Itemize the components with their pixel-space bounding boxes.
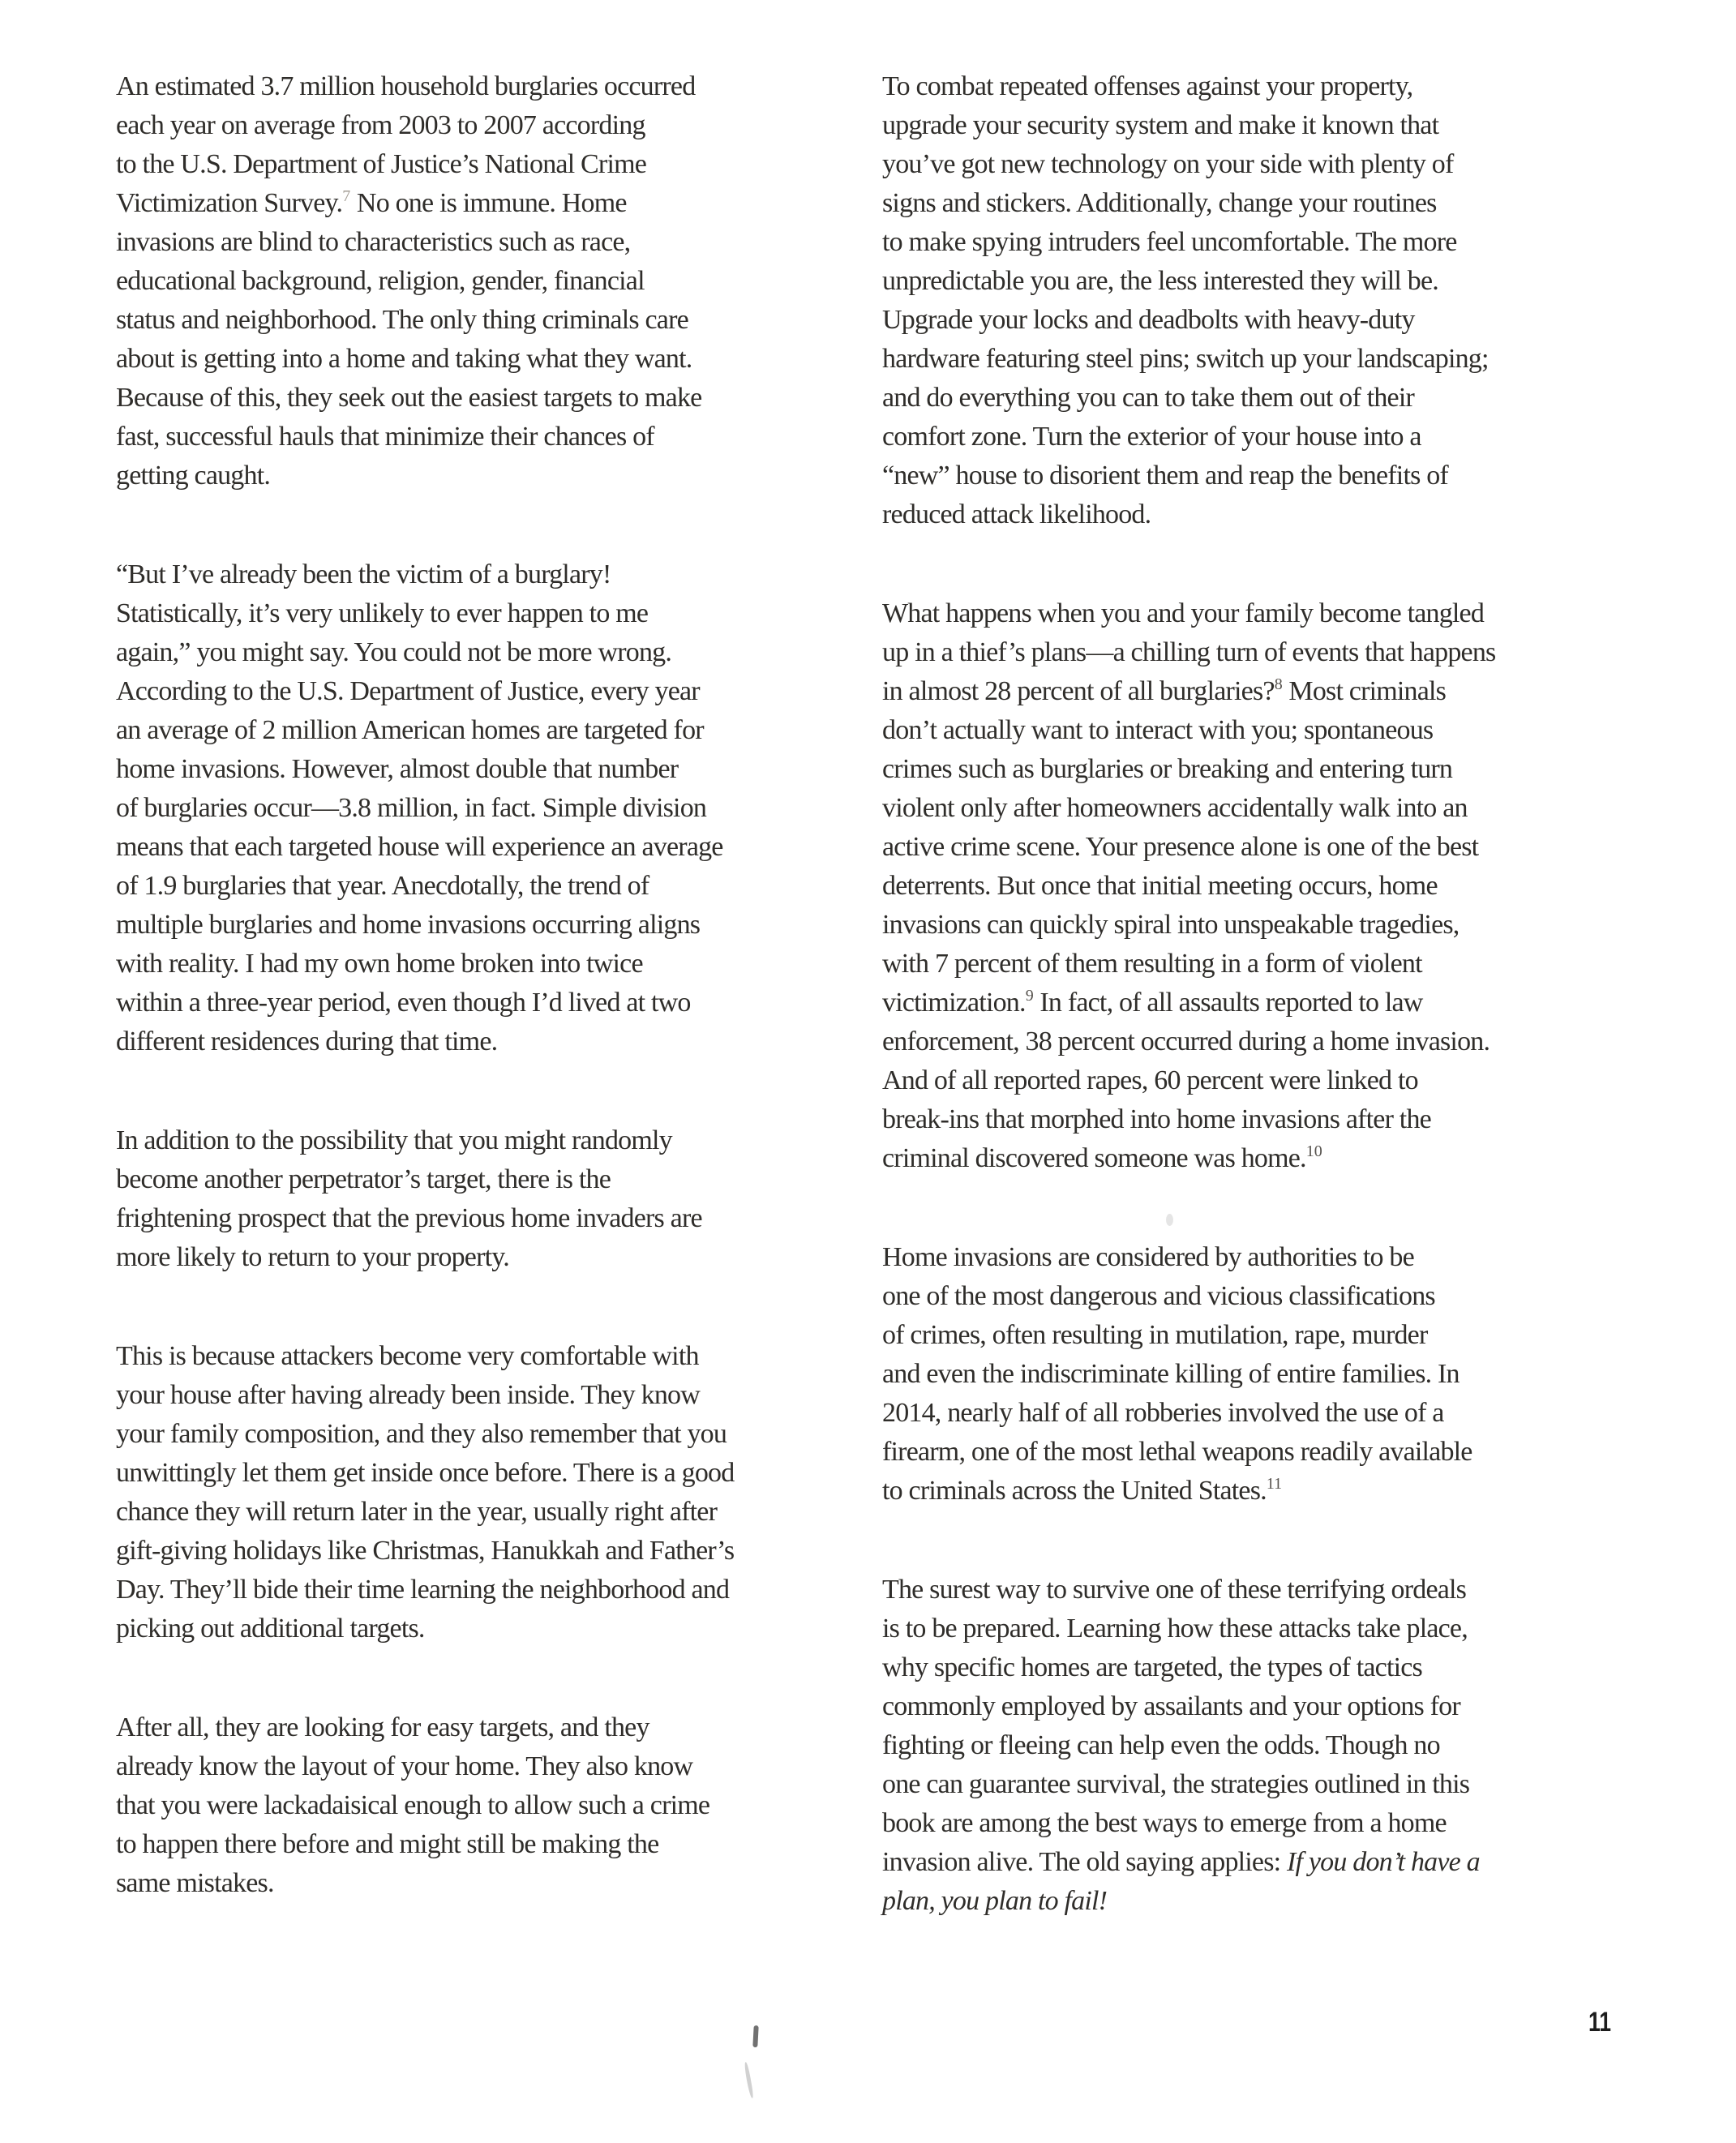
- paragraph-attackers-comfortable: This is because attackers become very co…: [116, 1337, 882, 1648]
- paragraph-text: In addition to the possibility that you …: [116, 1125, 702, 1272]
- scan-artifact-hook: [744, 2062, 754, 2098]
- paragraph-burglary-statistics: An estimated 3.7 million household burgl…: [116, 67, 882, 495]
- paragraph-text: To combat repeated offenses against your…: [882, 71, 1489, 529]
- paragraph-text: Most criminals don’t actually want to in…: [882, 676, 1478, 1018]
- right-column: To combat repeated offenses against your…: [882, 67, 1648, 1981]
- paragraph-text: The surest way to survive one of these t…: [882, 1575, 1469, 1877]
- paragraph-invaders-return: In addition to the possibility that you …: [116, 1121, 882, 1277]
- footnote-reference-7: 7: [342, 187, 350, 205]
- paragraph-text: No one is immune. Home invasions are bli…: [116, 188, 701, 491]
- left-column: An estimated 3.7 million household burgl…: [116, 67, 882, 1963]
- paragraph-dangerous-crimes: Home invasions are considered by authori…: [882, 1238, 1648, 1511]
- footnote-reference-8: 8: [1275, 675, 1283, 693]
- page-number: 11: [1588, 2008, 1611, 2036]
- footnote-reference-9: 9: [1026, 987, 1034, 1005]
- paragraph-text: This is because attackers become very co…: [116, 1341, 734, 1644]
- book-page: An estimated 3.7 million household burgl…: [0, 0, 1736, 2143]
- paragraph-text: “But I’ve already been the victim of a b…: [116, 559, 723, 1056]
- paragraph-text: Home invasions are considered by authori…: [882, 1242, 1472, 1506]
- footnote-reference-10: 10: [1306, 1142, 1322, 1160]
- paragraph-easy-targets: After all, they are looking for easy tar…: [116, 1708, 882, 1903]
- paragraph-combat-offenses: To combat repeated offenses against your…: [882, 67, 1648, 534]
- footnote-reference-11: 11: [1267, 1475, 1282, 1493]
- paragraph-surest-way: The surest way to survive one of these t…: [882, 1571, 1648, 1921]
- paragraph-tangled-in-plans: What happens when you and your family be…: [882, 594, 1648, 1178]
- paragraph-text: After all, they are looking for easy tar…: [116, 1712, 709, 1898]
- paragraph-repeat-victim: “But I’ve already been the victim of a b…: [116, 555, 882, 1061]
- scan-artifact-dash: [752, 2025, 758, 2047]
